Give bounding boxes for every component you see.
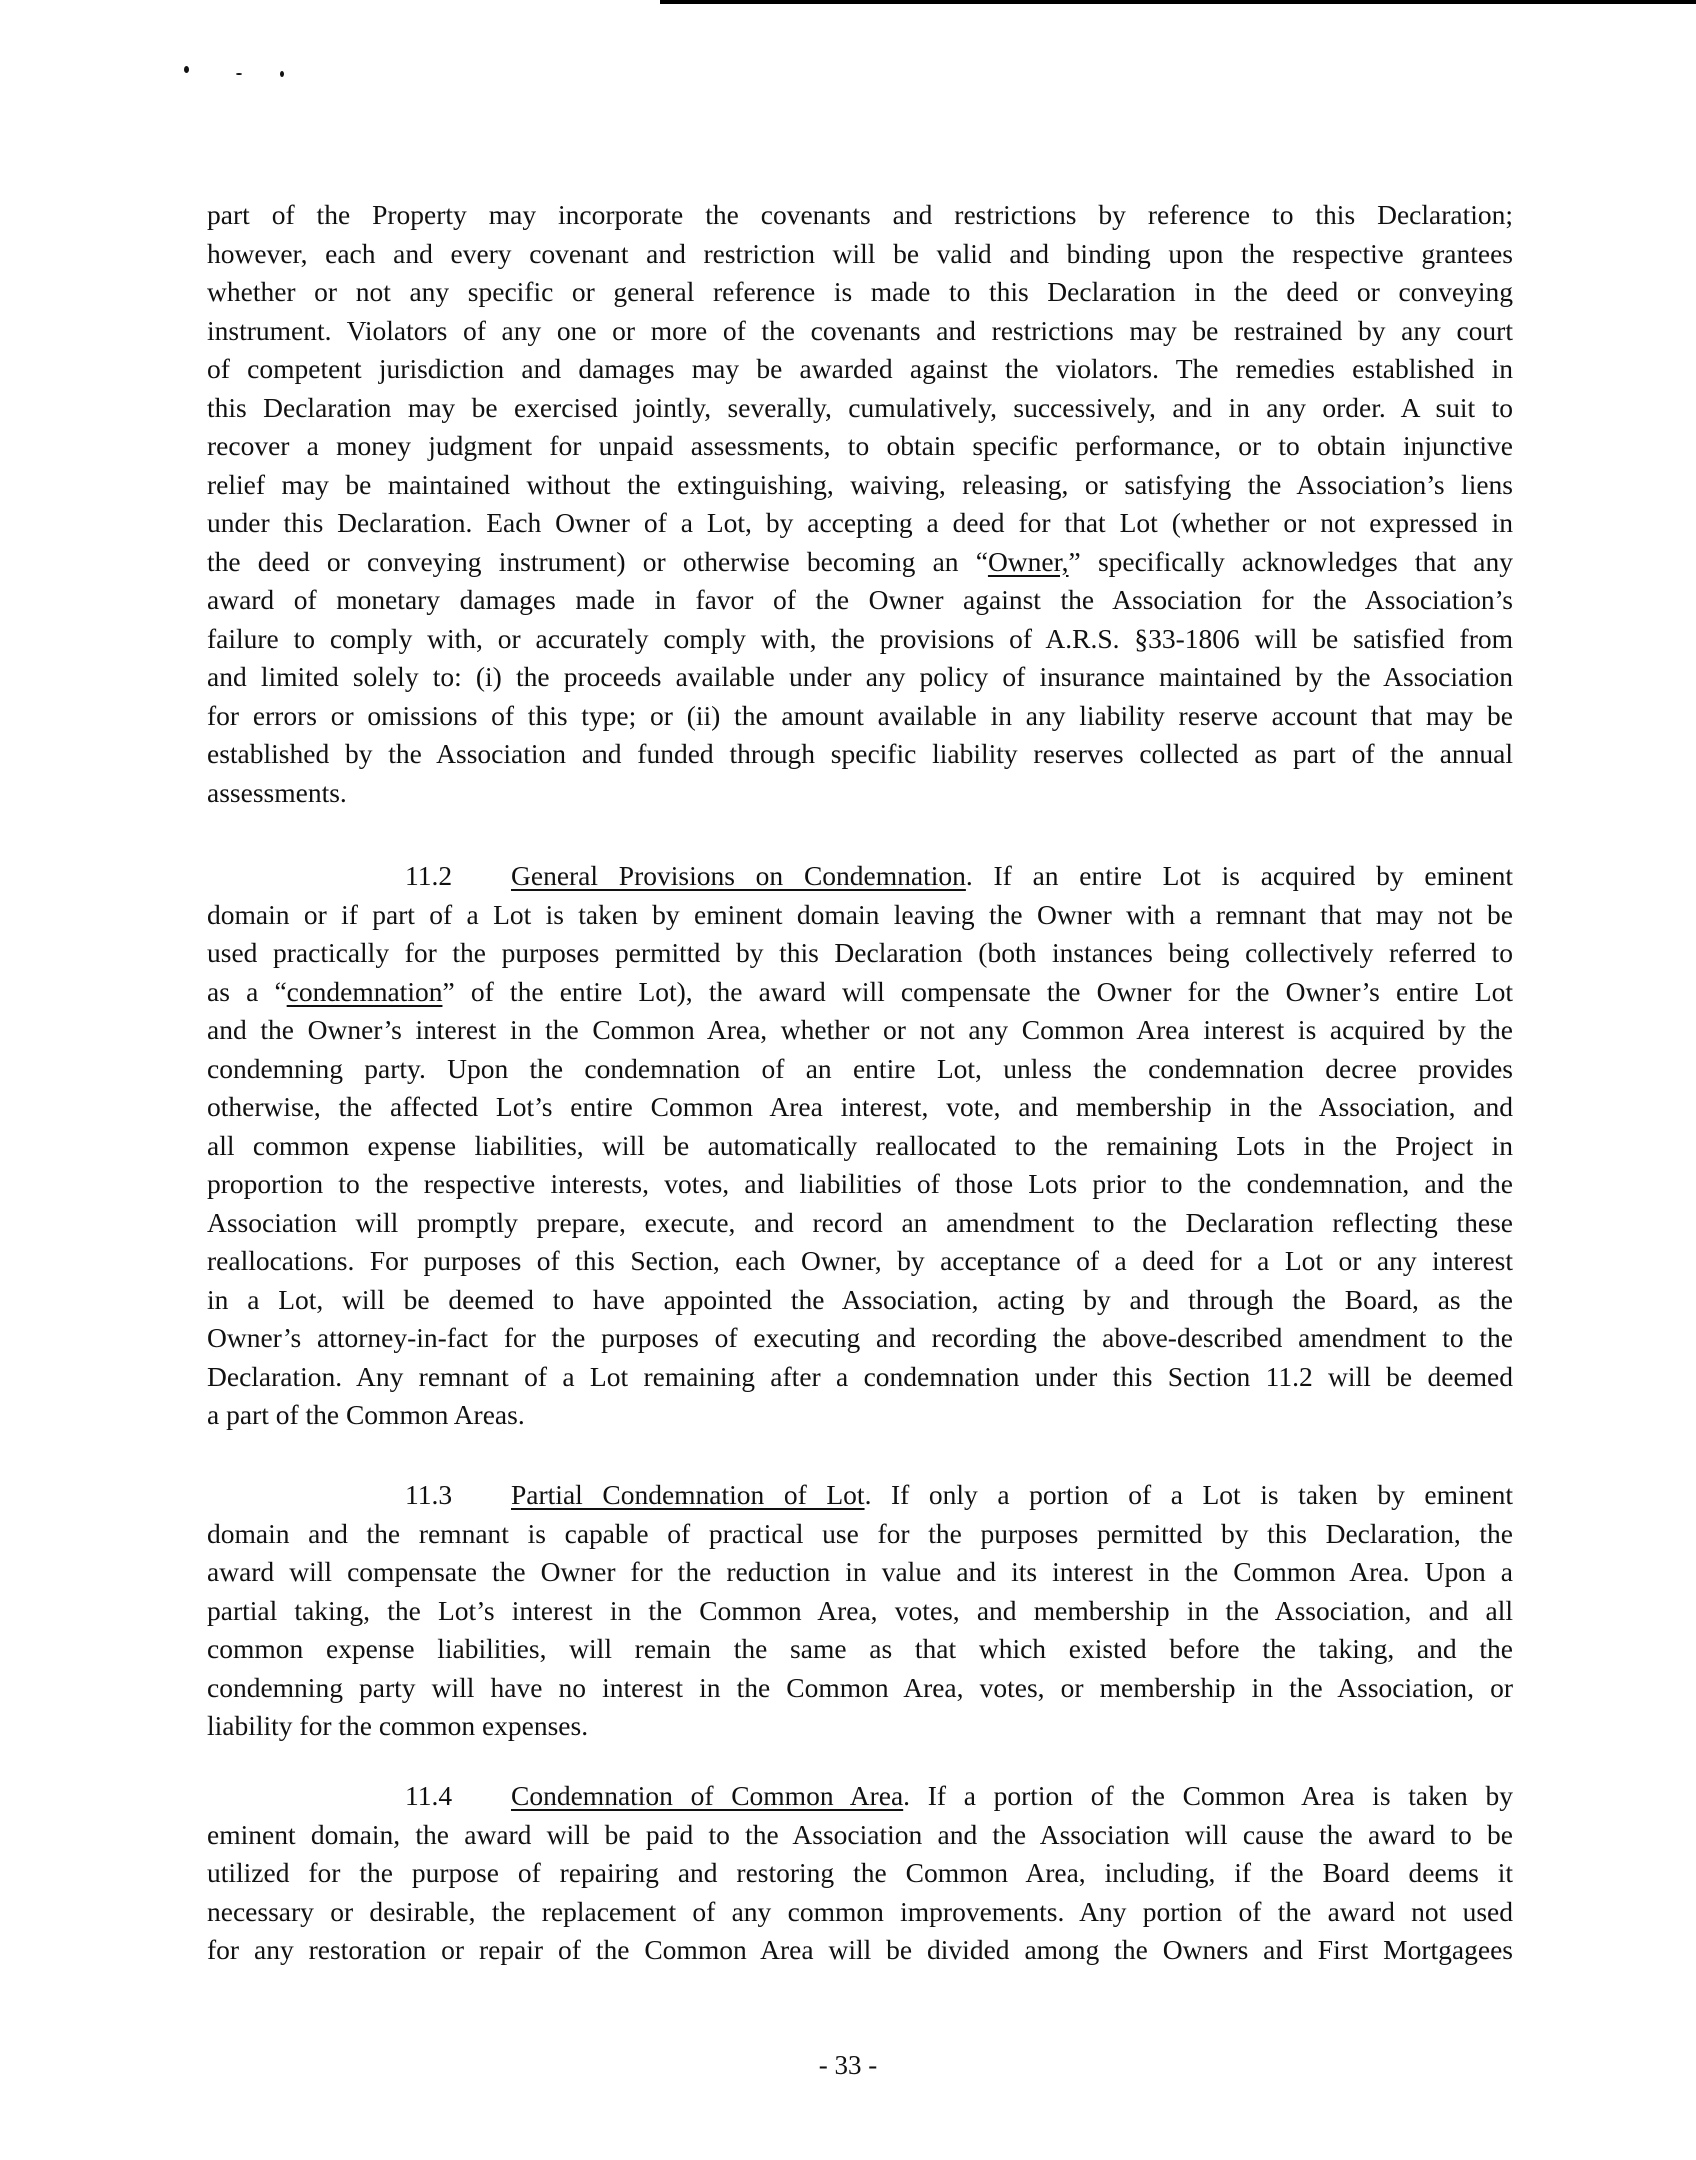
text-line: condemning party. Upon the condemnation … xyxy=(207,1050,1513,1089)
section-11-2: 11.2General Provisions on Condemnation. … xyxy=(207,857,1513,1435)
text-line: under this Declaration. Each Owner of a … xyxy=(207,504,1513,543)
text-segment: ” specifically acknowledges that any xyxy=(1069,546,1513,577)
text-line: as a “condemnation” of the entire Lot), … xyxy=(207,973,1513,1012)
text-line: domain and the remnant is capable of pra… xyxy=(207,1515,1513,1554)
text-line: award of monetary damages made in favor … xyxy=(207,581,1513,620)
text-line: award will compensate the Owner for the … xyxy=(207,1553,1513,1592)
text-line: failure to comply with, or accurately co… xyxy=(207,620,1513,659)
text-line: common expense liabilities, will remain … xyxy=(207,1630,1513,1669)
text-segment: . If only a portion of a Lot is taken by… xyxy=(865,1479,1513,1510)
page-number: - 33 - xyxy=(0,2050,1696,2081)
text-line: and limited solely to: (i) the proceeds … xyxy=(207,658,1513,697)
defined-term-condemnation: condemnation xyxy=(287,976,443,1007)
text-line: established by the Association and funde… xyxy=(207,735,1513,774)
defined-term-owner: Owner, xyxy=(988,546,1069,577)
text-line: partial taking, the Lot’s interest in th… xyxy=(207,1592,1513,1631)
scan-edge-bar xyxy=(660,0,1696,4)
section-heading: General Provisions on Condemnation xyxy=(511,860,966,891)
text-line: Association will promptly prepare, execu… xyxy=(207,1204,1513,1243)
text-segment: ” of the entire Lot), the award will com… xyxy=(442,976,1513,1007)
text-segment: the deed or conveying instrument) or oth… xyxy=(207,546,988,577)
text-line: for any restoration or repair of the Com… xyxy=(207,1931,1513,1970)
text-line: Owner’s attorney-in-fact for the purpose… xyxy=(207,1319,1513,1358)
text-line: part of the Property may incorporate the… xyxy=(207,196,1513,235)
text-line: this Declaration may be exercised jointl… xyxy=(207,389,1513,428)
text-line: proportion to the respective interests, … xyxy=(207,1165,1513,1204)
intro-paragraph: part of the Property may incorporate the… xyxy=(207,196,1513,812)
text-line: all common expense liabilities, will be … xyxy=(207,1127,1513,1166)
text-line: in a Lot, will be deemed to have appoint… xyxy=(207,1281,1513,1320)
text-line: relief may be maintained without the ext… xyxy=(207,466,1513,505)
section-number: 11.2 xyxy=(405,857,511,896)
text-line: however, each and every covenant and res… xyxy=(207,235,1513,274)
section-heading-line: 11.4Condemnation of Common Area. If a po… xyxy=(207,1777,1513,1816)
text-line: whether or not any specific or general r… xyxy=(207,273,1513,312)
text-line: domain or if part of a Lot is taken by e… xyxy=(207,896,1513,935)
text-segment: as a “ xyxy=(207,976,287,1007)
text-segment: . If a portion of the Common Area is tak… xyxy=(903,1780,1513,1811)
text-line: condemning party will have no interest i… xyxy=(207,1669,1513,1708)
text-line: utilized for the purpose of repairing an… xyxy=(207,1854,1513,1893)
text-line: necessary or desirable, the replacement … xyxy=(207,1893,1513,1932)
text-line: assessments. xyxy=(207,774,1513,813)
text-line: used practically for the purposes permit… xyxy=(207,934,1513,973)
scan-speck xyxy=(280,71,284,77)
text-line: of competent jurisdiction and damages ma… xyxy=(207,350,1513,389)
text-line: reallocations. For purposes of this Sect… xyxy=(207,1242,1513,1281)
section-11-4: 11.4Condemnation of Common Area. If a po… xyxy=(207,1777,1513,1970)
text-line: the deed or conveying instrument) or oth… xyxy=(207,543,1513,582)
text-line: Declaration. Any remnant of a Lot remain… xyxy=(207,1358,1513,1397)
section-heading: Condemnation of Common Area xyxy=(511,1780,903,1811)
section-heading-line: 11.2General Provisions on Condemnation. … xyxy=(207,857,1513,896)
scan-speck xyxy=(236,73,242,75)
text-line: otherwise, the affected Lot’s entire Com… xyxy=(207,1088,1513,1127)
text-line: for errors or omissions of this type; or… xyxy=(207,697,1513,736)
scan-speck xyxy=(184,66,189,73)
text-line: instrument. Violators of any one or more… xyxy=(207,312,1513,351)
section-heading: Partial Condemnation of Lot xyxy=(511,1479,865,1510)
text-line: recover a money judgment for unpaid asse… xyxy=(207,427,1513,466)
section-number: 11.3 xyxy=(405,1476,511,1515)
section-heading-line: 11.3Partial Condemnation of Lot. If only… xyxy=(207,1476,1513,1515)
text-line: eminent domain, the award will be paid t… xyxy=(207,1816,1513,1855)
text-line: liability for the common expenses. xyxy=(207,1707,1513,1746)
text-segment: . If an entire Lot is acquired by eminen… xyxy=(966,860,1513,891)
text-line: and the Owner’s interest in the Common A… xyxy=(207,1011,1513,1050)
section-number: 11.4 xyxy=(405,1777,511,1816)
section-11-3: 11.3Partial Condemnation of Lot. If only… xyxy=(207,1476,1513,1746)
text-line: a part of the Common Areas. xyxy=(207,1396,1513,1435)
